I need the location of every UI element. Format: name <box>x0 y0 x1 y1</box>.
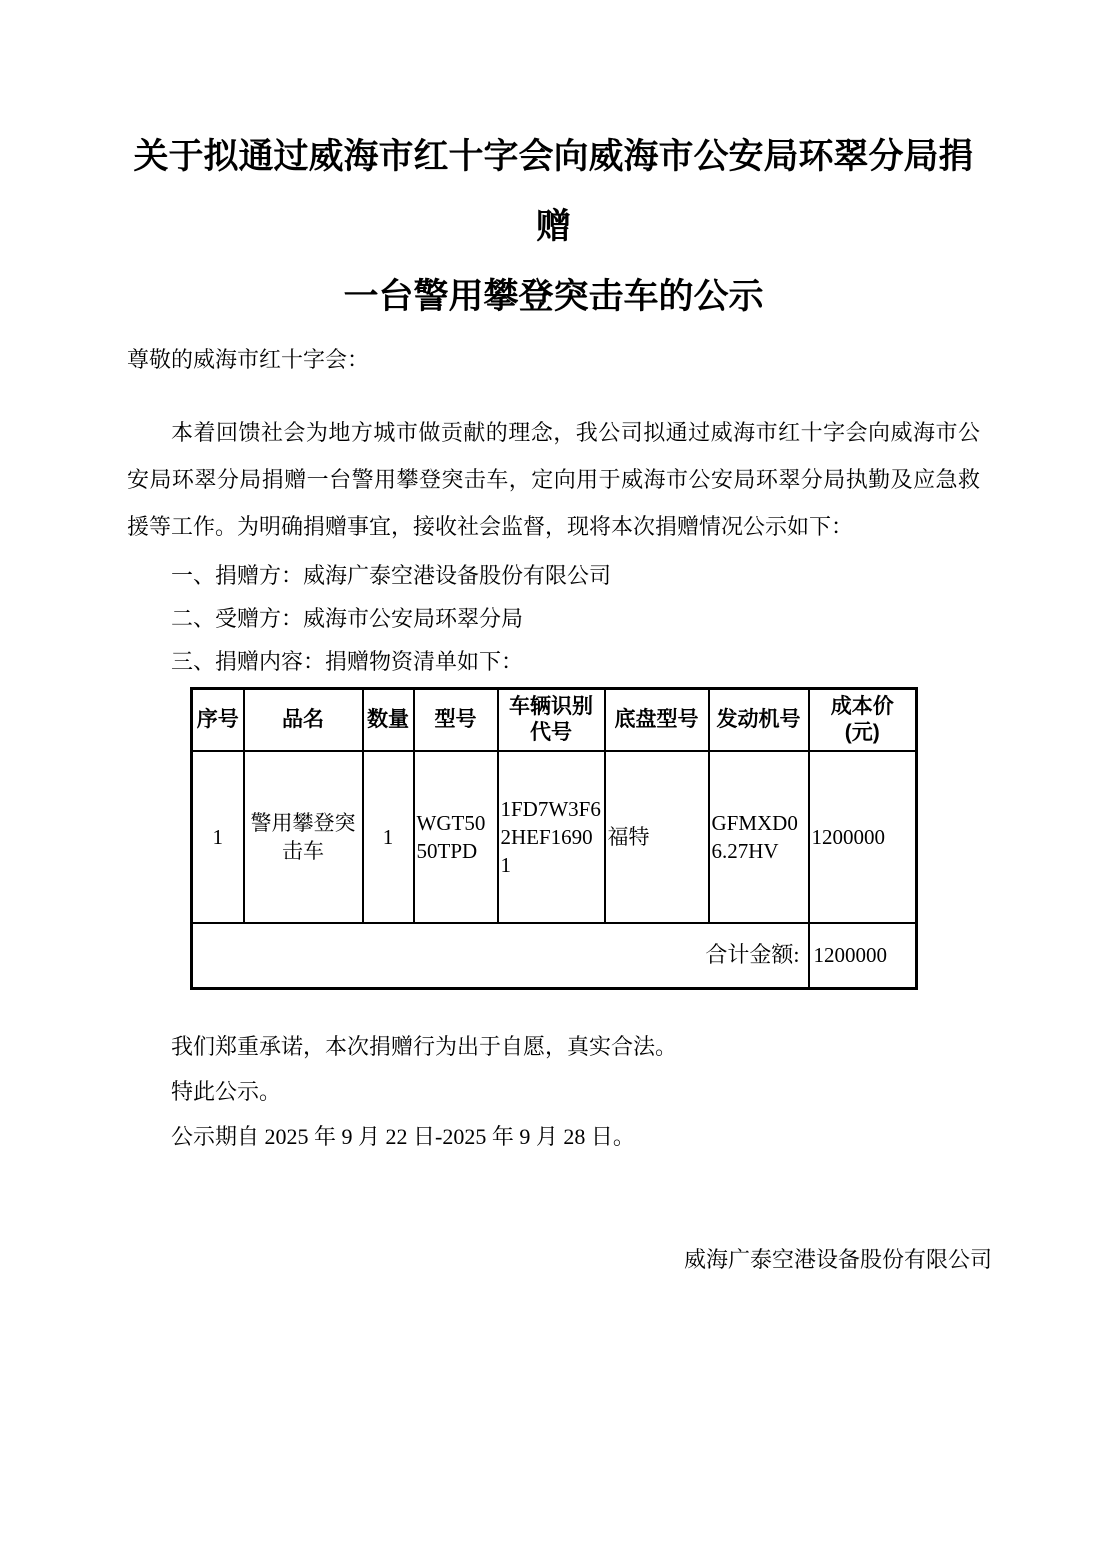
closing-pledge: 我们郑重承诺，本次捐赠行为出于自愿，真实合法。 <box>127 1024 980 1069</box>
list-item-content: 三、捐赠内容：捐赠物资清单如下： <box>127 640 980 683</box>
cell-chassis-model: 福特 <box>605 751 709 923</box>
table-total-row: 合计金额: 1200000 <box>192 923 917 989</box>
header-cost-price: 成本价 (元) <box>809 689 917 751</box>
document-title: 关于拟通过威海市红十字会向威海市公安局环翠分局捐赠 一台警用攀登突击车的公示 <box>127 122 980 332</box>
cell-model: WGT5050TPD <box>414 751 498 923</box>
total-amount-value: 1200000 <box>809 923 917 989</box>
header-model: 型号 <box>414 689 498 751</box>
closing-block: 我们郑重承诺，本次捐赠行为出于自愿，真实合法。 特此公示。 公示期自 2025 … <box>127 1024 980 1159</box>
header-chassis-model: 底盘型号 <box>605 689 709 751</box>
header-serial-number: 序号 <box>192 689 244 751</box>
cell-engine-number: GFMXD06.27HV <box>709 751 809 923</box>
document-title-line2: 一台警用攀登突击车的公示 <box>127 262 980 332</box>
document-content: 关于拟通过威海市红十字会向威海市公安局环翠分局捐赠 一台警用攀登突击车的公示 尊… <box>0 0 1106 1275</box>
cell-cost-price: 1200000 <box>809 751 917 923</box>
salutation: 尊敬的威海市红十字会： <box>127 346 980 374</box>
numbered-list: 一、捐赠方：威海广泰空港设备股份有限公司 二、受赠方：威海市公安局环翠分局 三、… <box>127 554 980 683</box>
donation-goods-table: 序号 品名 数量 型号 车辆识别 代号 底盘型号 发动机号 成本价 (元) 1 … <box>190 687 918 990</box>
cell-serial-number: 1 <box>192 751 244 923</box>
cell-vin: 1FD7W3F62HEF16901 <box>498 751 605 923</box>
table-header-row: 序号 品名 数量 型号 车辆识别 代号 底盘型号 发动机号 成本价 (元) <box>192 689 917 751</box>
closing-announcement: 特此公示。 <box>127 1069 980 1114</box>
list-item-recipient: 二、受赠方：威海市公安局环翠分局 <box>127 597 980 640</box>
header-item-name: 品名 <box>244 689 363 751</box>
header-vin: 车辆识别 代号 <box>498 689 605 751</box>
document-page: 关于拟通过威海市红十字会向威海市公安局环翠分局捐赠 一台警用攀登突击车的公示 尊… <box>0 0 1106 1564</box>
cell-quantity: 1 <box>363 751 414 923</box>
table-row: 1 警用攀登突击车 1 WGT5050TPD 1FD7W3F62HEF16901… <box>192 751 917 923</box>
closing-publicity-period: 公示期自 2025 年 9 月 22 日-2025 年 9 月 28 日。 <box>127 1114 980 1159</box>
body-paragraph: 本着回馈社会为地方城市做贡献的理念，我公司拟通过威海市红十字会向威海市公安局环翠… <box>127 409 980 550</box>
list-item-donor: 一、捐赠方：威海广泰空港设备股份有限公司 <box>127 554 980 597</box>
cell-item-name: 警用攀登突击车 <box>244 751 363 923</box>
total-amount-label: 合计金额: <box>192 923 809 989</box>
company-signature: 威海广泰空港设备股份有限公司 <box>127 1245 992 1275</box>
header-engine-number: 发动机号 <box>709 689 809 751</box>
header-quantity: 数量 <box>363 689 414 751</box>
document-title-line1: 关于拟通过威海市红十字会向威海市公安局环翠分局捐赠 <box>127 122 980 262</box>
